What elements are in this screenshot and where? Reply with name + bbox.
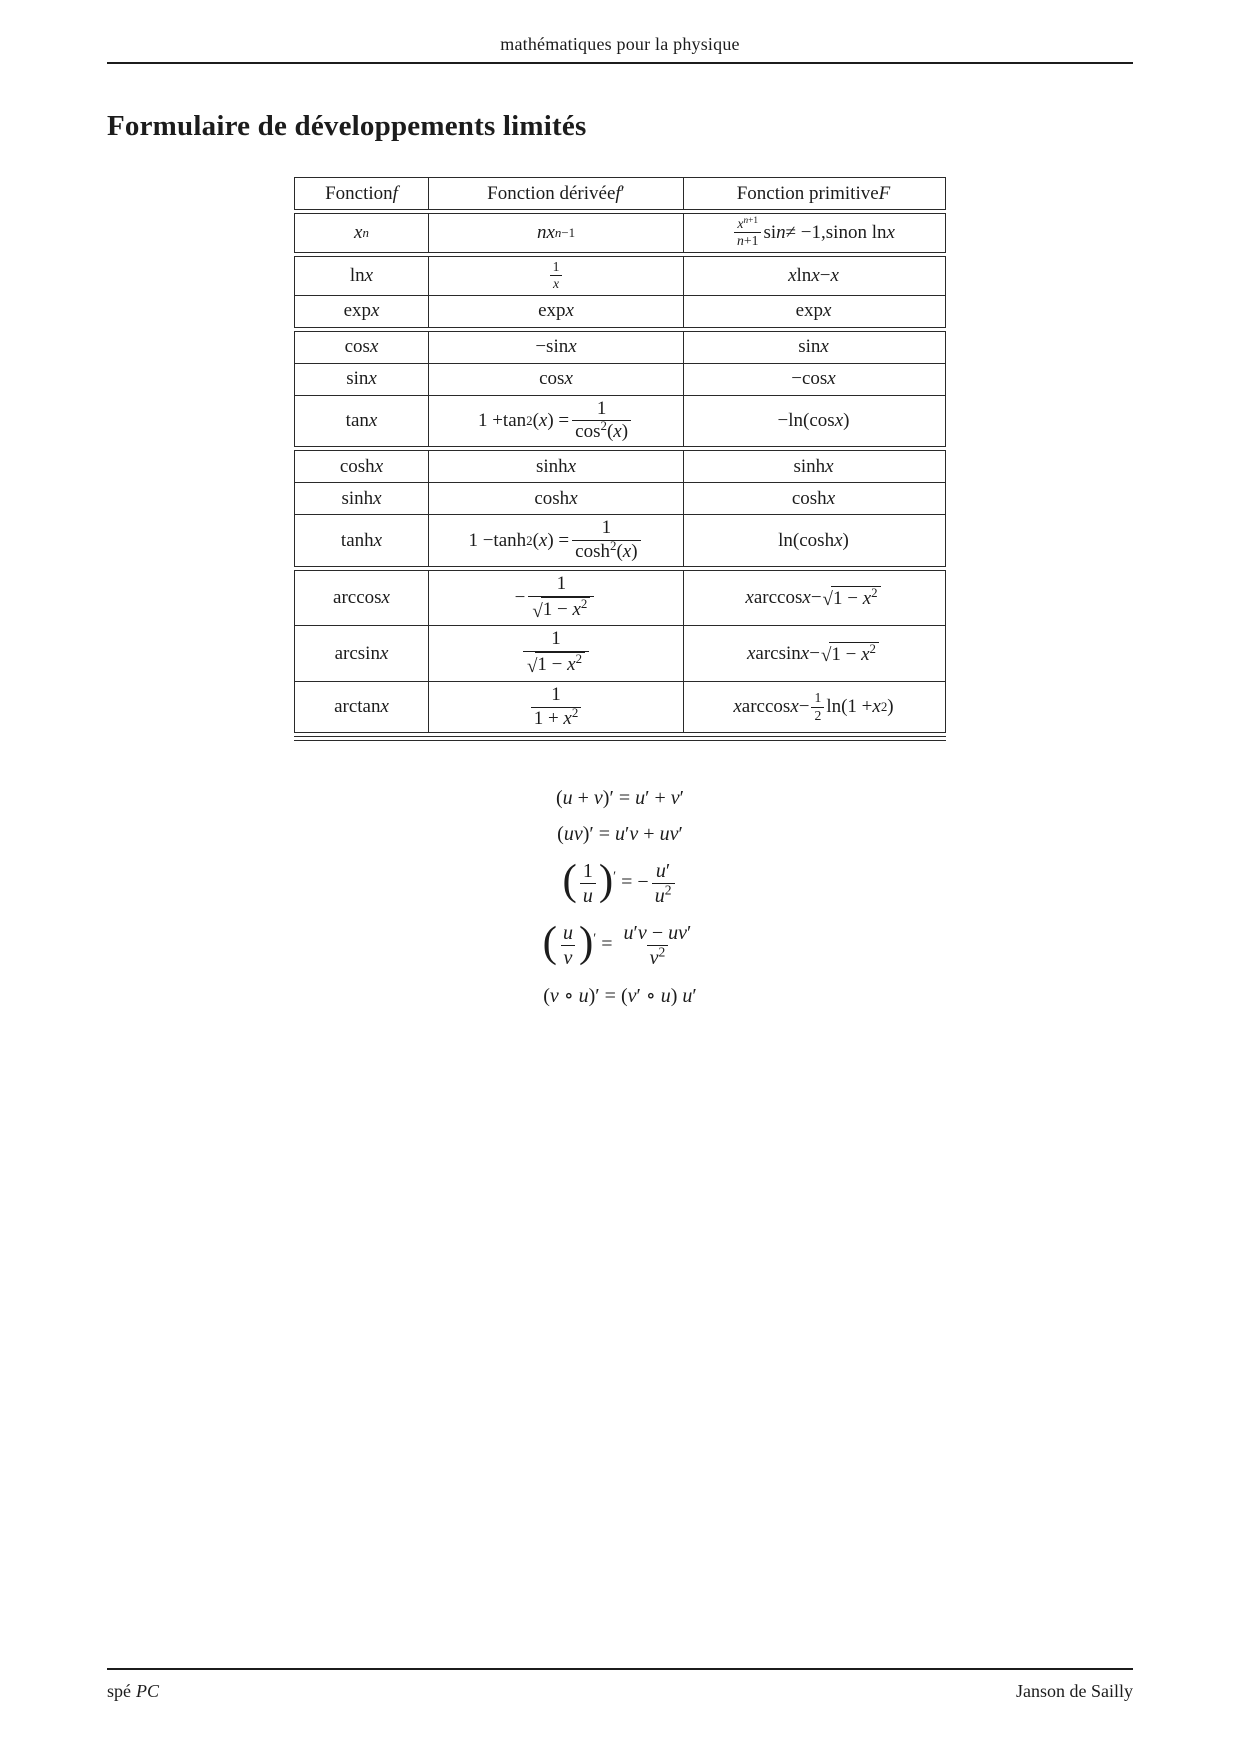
derivatives-primitives-table: Fonction fFonction dérivée f′Fonction pr… xyxy=(294,177,946,741)
table-group: cos x− sin xsin xsin xcos x− cos xtan x1… xyxy=(294,331,946,448)
cell-fonction-primitive: x arcsin x − √1 − x2 xyxy=(683,626,943,680)
cell-fonction-derivee: exp x xyxy=(428,296,683,327)
footer-left-emphasis: PC xyxy=(136,1681,159,1701)
column-header-fonction-derivee: Fonction dérivée f′ xyxy=(428,178,683,209)
page-content: mathématiques pour la physique Formulair… xyxy=(0,0,1240,1008)
cell-fonction-derivee: sinh x xyxy=(428,451,683,482)
table-row: tan x1 + tan2(x) = 1cos2(x)− ln (cos x) xyxy=(295,395,945,447)
cell-fonction: ln x xyxy=(295,257,428,295)
cell-fonction: exp x xyxy=(295,296,428,327)
table-group: cosh xsinh xsinh xsinh xcosh xcosh xtanh… xyxy=(294,450,946,567)
cell-fonction-derivee: cosh x xyxy=(428,483,683,514)
cell-fonction: cosh x xyxy=(295,451,428,482)
table-row: arctan x11 + x2x arccos x − 12 ln (1 + x… xyxy=(295,681,945,733)
cell-fonction-primitive: xn+1n+1 si n ≠ −1, sinon ln x xyxy=(683,214,943,252)
cell-fonction-primitive: sin x xyxy=(683,332,943,363)
cell-fonction-primitive: − ln (cos x) xyxy=(683,396,943,447)
cell-fonction: arctan x xyxy=(295,682,428,733)
cell-fonction-primitive: ln (cosh x) xyxy=(683,515,943,566)
table-row: cos x− sin xsin x xyxy=(295,332,945,363)
table-row: arcsin x1√1 − x2x arcsin x − √1 − x2 xyxy=(295,625,945,680)
table-row: xnn xn−1xn+1n+1 si n ≠ −1, sinon ln x xyxy=(295,214,945,252)
cell-fonction-primitive: x ln x − x xyxy=(683,257,943,295)
table-group: ln x1xx ln x − xexp xexp xexp x xyxy=(294,256,946,328)
cell-fonction-derivee: −1√1 − x2 xyxy=(428,571,683,625)
page-footer: spéPC Janson de Sailly xyxy=(107,1668,1133,1702)
cell-fonction: sin x xyxy=(295,364,428,395)
cell-fonction: arcsin x xyxy=(295,626,428,680)
table-row: sin xcos x− cos x xyxy=(295,363,945,395)
cell-fonction-derivee: 1√1 − x2 xyxy=(428,626,683,680)
cell-fonction: sinh x xyxy=(295,483,428,514)
cell-fonction-primitive: − cos x xyxy=(683,364,943,395)
footer-right: Janson de Sailly xyxy=(1016,1681,1133,1702)
derivative-rule-equation: (u + v)′ = u′ + v′ xyxy=(107,787,1133,810)
footer-left-label: spé xyxy=(107,1681,131,1701)
table-group: arccos x−1√1 − x2x arccos x − √1 − x2arc… xyxy=(294,570,946,734)
cell-fonction-primitive: x arccos x − 12 ln (1 + x2) xyxy=(683,682,943,733)
table-row: cosh xsinh xsinh x xyxy=(295,451,945,482)
derivative-rule-equation: (1u)′ = −u′u2 xyxy=(107,859,1133,908)
derivative-rules-block: (u + v)′ = u′ + v′(uv)′ = u′v + uv′(1u)′… xyxy=(107,787,1133,1008)
cell-fonction-primitive: exp x xyxy=(683,296,943,327)
derivative-rule-equation: (uv)′ = u′v + uv′ xyxy=(107,823,1133,846)
derivative-rule-equation: (v ∘ u)′ = (v′ ∘ u) u′ xyxy=(107,983,1133,1008)
column-header-fonction: Fonction f xyxy=(295,178,428,209)
cell-fonction-derivee: 1x xyxy=(428,257,683,295)
cell-fonction: cos x xyxy=(295,332,428,363)
table-row: tanh x1 − tanh2(x) = 1cosh2(x)ln (cosh x… xyxy=(295,514,945,566)
column-header-fonction-primitive: Fonction primitive F xyxy=(683,178,943,209)
table-row: exp xexp xexp x xyxy=(295,295,945,327)
table-row: arccos x−1√1 − x2x arccos x − √1 − x2 xyxy=(295,571,945,625)
derivative-rule-equation: (uv)′ = u′v − uv′v2 xyxy=(107,921,1133,970)
cell-fonction-primitive: cosh x xyxy=(683,483,943,514)
cell-fonction-derivee: 11 + x2 xyxy=(428,682,683,733)
cell-fonction-primitive: x arccos x − √1 − x2 xyxy=(683,571,943,625)
footer-row: spéPC Janson de Sailly xyxy=(107,1681,1133,1702)
cell-fonction: arccos x xyxy=(295,571,428,625)
footer-rule xyxy=(107,1668,1133,1670)
cell-fonction-derivee: n xn−1 xyxy=(428,214,683,252)
cell-fonction-derivee: 1 − tanh2(x) = 1cosh2(x) xyxy=(428,515,683,566)
running-header-text: mathématiques pour la physique xyxy=(500,34,739,54)
cell-fonction: xn xyxy=(295,214,428,252)
document-page: mathématiques pour la physique Formulair… xyxy=(0,0,1240,1754)
running-header: mathématiques pour la physique xyxy=(107,34,1133,55)
cell-fonction-derivee: 1 + tan2(x) = 1cos2(x) xyxy=(428,396,683,447)
table-row: sinh xcosh xcosh x xyxy=(295,482,945,514)
table-groups: Fonction fFonction dérivée f′Fonction pr… xyxy=(294,177,946,733)
page-title: Formulaire de développements limités xyxy=(107,110,1133,143)
table-header-group: Fonction fFonction dérivée f′Fonction pr… xyxy=(294,177,946,210)
table-row: ln x1xx ln x − x xyxy=(295,257,945,295)
header-rule xyxy=(107,62,1133,64)
table-row: Fonction fFonction dérivée f′Fonction pr… xyxy=(295,178,945,209)
cell-fonction: tanh x xyxy=(295,515,428,566)
cell-fonction: tan x xyxy=(295,396,428,447)
table-group: xnn xn−1xn+1n+1 si n ≠ −1, sinon ln x xyxy=(294,213,946,253)
cell-fonction-primitive: sinh x xyxy=(683,451,943,482)
cell-fonction-derivee: cos x xyxy=(428,364,683,395)
table-bottom-double-rule xyxy=(294,736,946,741)
cell-fonction-derivee: − sin x xyxy=(428,332,683,363)
footer-left: spéPC xyxy=(107,1681,159,1702)
